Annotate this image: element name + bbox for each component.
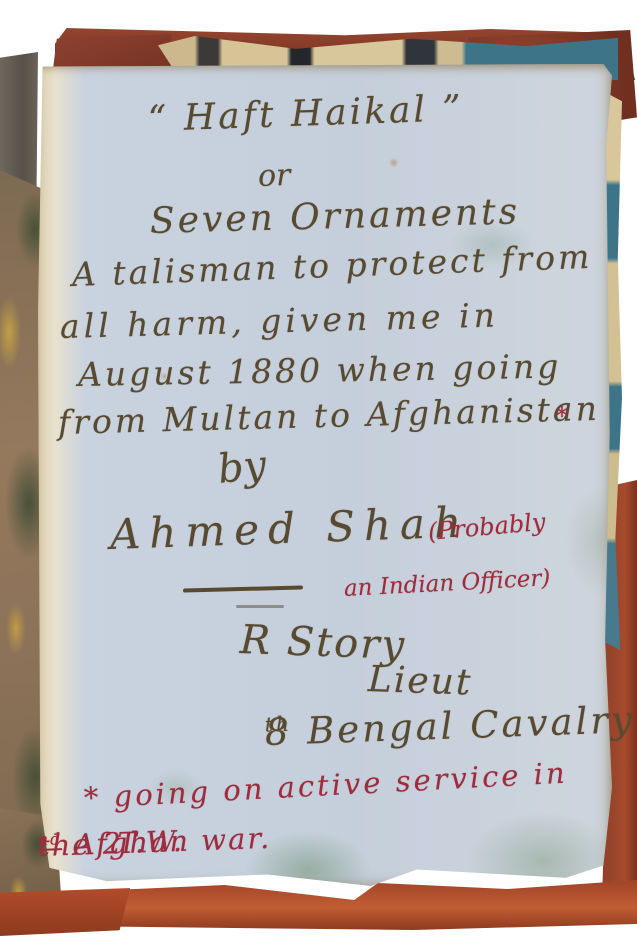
giver-name: Ahmed Shah bbox=[109, 501, 470, 556]
regiment-line: 8th Bengal Cavalry bbox=[264, 713, 307, 751]
footnote-line-2: the 2nd Afghan war.T.W. bbox=[37, 831, 74, 861]
regiment-number: 8 bbox=[264, 713, 292, 751]
regiment-name: Bengal Cavalry bbox=[306, 701, 635, 749]
name-underline-secondary bbox=[236, 605, 284, 608]
footnote-initials: T.W. bbox=[117, 827, 184, 858]
red-asterisk-mark: * bbox=[556, 404, 568, 428]
recipient-rank: Lieut bbox=[367, 662, 473, 702]
inscription-by: by bbox=[216, 445, 268, 490]
leather-binding-bottom bbox=[48, 880, 637, 930]
inscription-line-3: August 1880 when going bbox=[78, 350, 562, 391]
leather-corner-bottom-left bbox=[0, 888, 130, 936]
inscription-or: or bbox=[257, 161, 290, 192]
photo-backdrop: “ Haft Haikal ” or Seven Ornaments A tal… bbox=[0, 0, 637, 950]
inscription-subtitle: Seven Ornaments bbox=[150, 194, 521, 240]
